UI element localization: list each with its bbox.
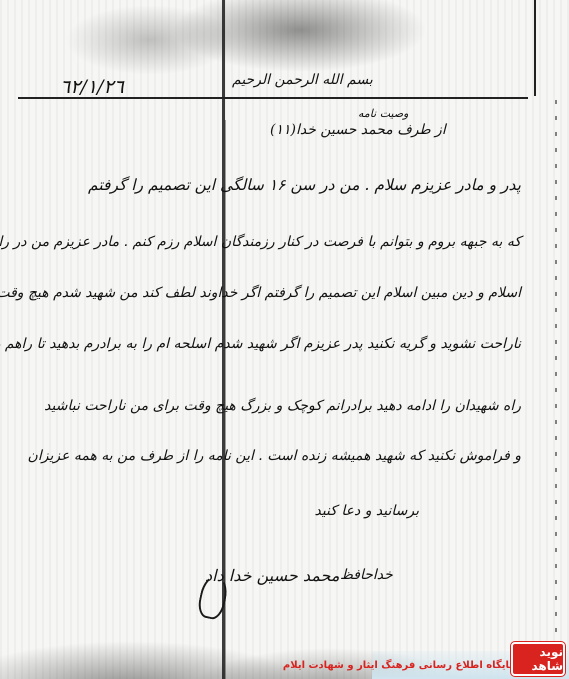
logo-text: نوید شاهد xyxy=(513,645,563,673)
body-line: راه شهیدان را ادامه دهید برادرانم کوچک و… xyxy=(44,398,521,414)
letterhead-border xyxy=(534,0,536,96)
scanned-letter-page: ٦٢/١/٢٦ بسم الله الرحمن الرحیم وصیت نامه… xyxy=(0,0,569,679)
letter-from: از طرف محمد حسین خدا(۱۱) xyxy=(270,122,446,138)
closing-farewell: خداحافظ xyxy=(340,567,393,583)
letter-title: وصیت نامه xyxy=(358,107,408,120)
letter-date: ٦٢/١/٢٦ xyxy=(60,76,124,98)
body-line: و فراموش نکنید که شهید همیشه زنده است . … xyxy=(28,448,521,464)
body-line: برسانید و دعا کنید xyxy=(314,503,419,519)
bismillah-header: بسم الله الرحمن الرحیم xyxy=(232,72,373,88)
watermark-banner-text: پایگاه اطلاع رسانی فرهنگ ایثار و شهادت ا… xyxy=(283,660,513,671)
body-line: که به جبهه بروم و بتوانم با فرصت در کنار… xyxy=(0,234,521,250)
navid-shahed-logo-icon: نوید شاهد xyxy=(511,642,565,676)
body-line: ناراحت نشوید و گریه نکنید پدر عزیزم اگر … xyxy=(0,336,521,352)
body-line: پدر و مادر عزیزم سلام . من در سن ۱۶ سالگ… xyxy=(88,176,521,194)
body-line: اسلام و دین مبین اسلام این تصمیم را گرفت… xyxy=(0,285,521,301)
margin-dashes xyxy=(555,100,557,660)
